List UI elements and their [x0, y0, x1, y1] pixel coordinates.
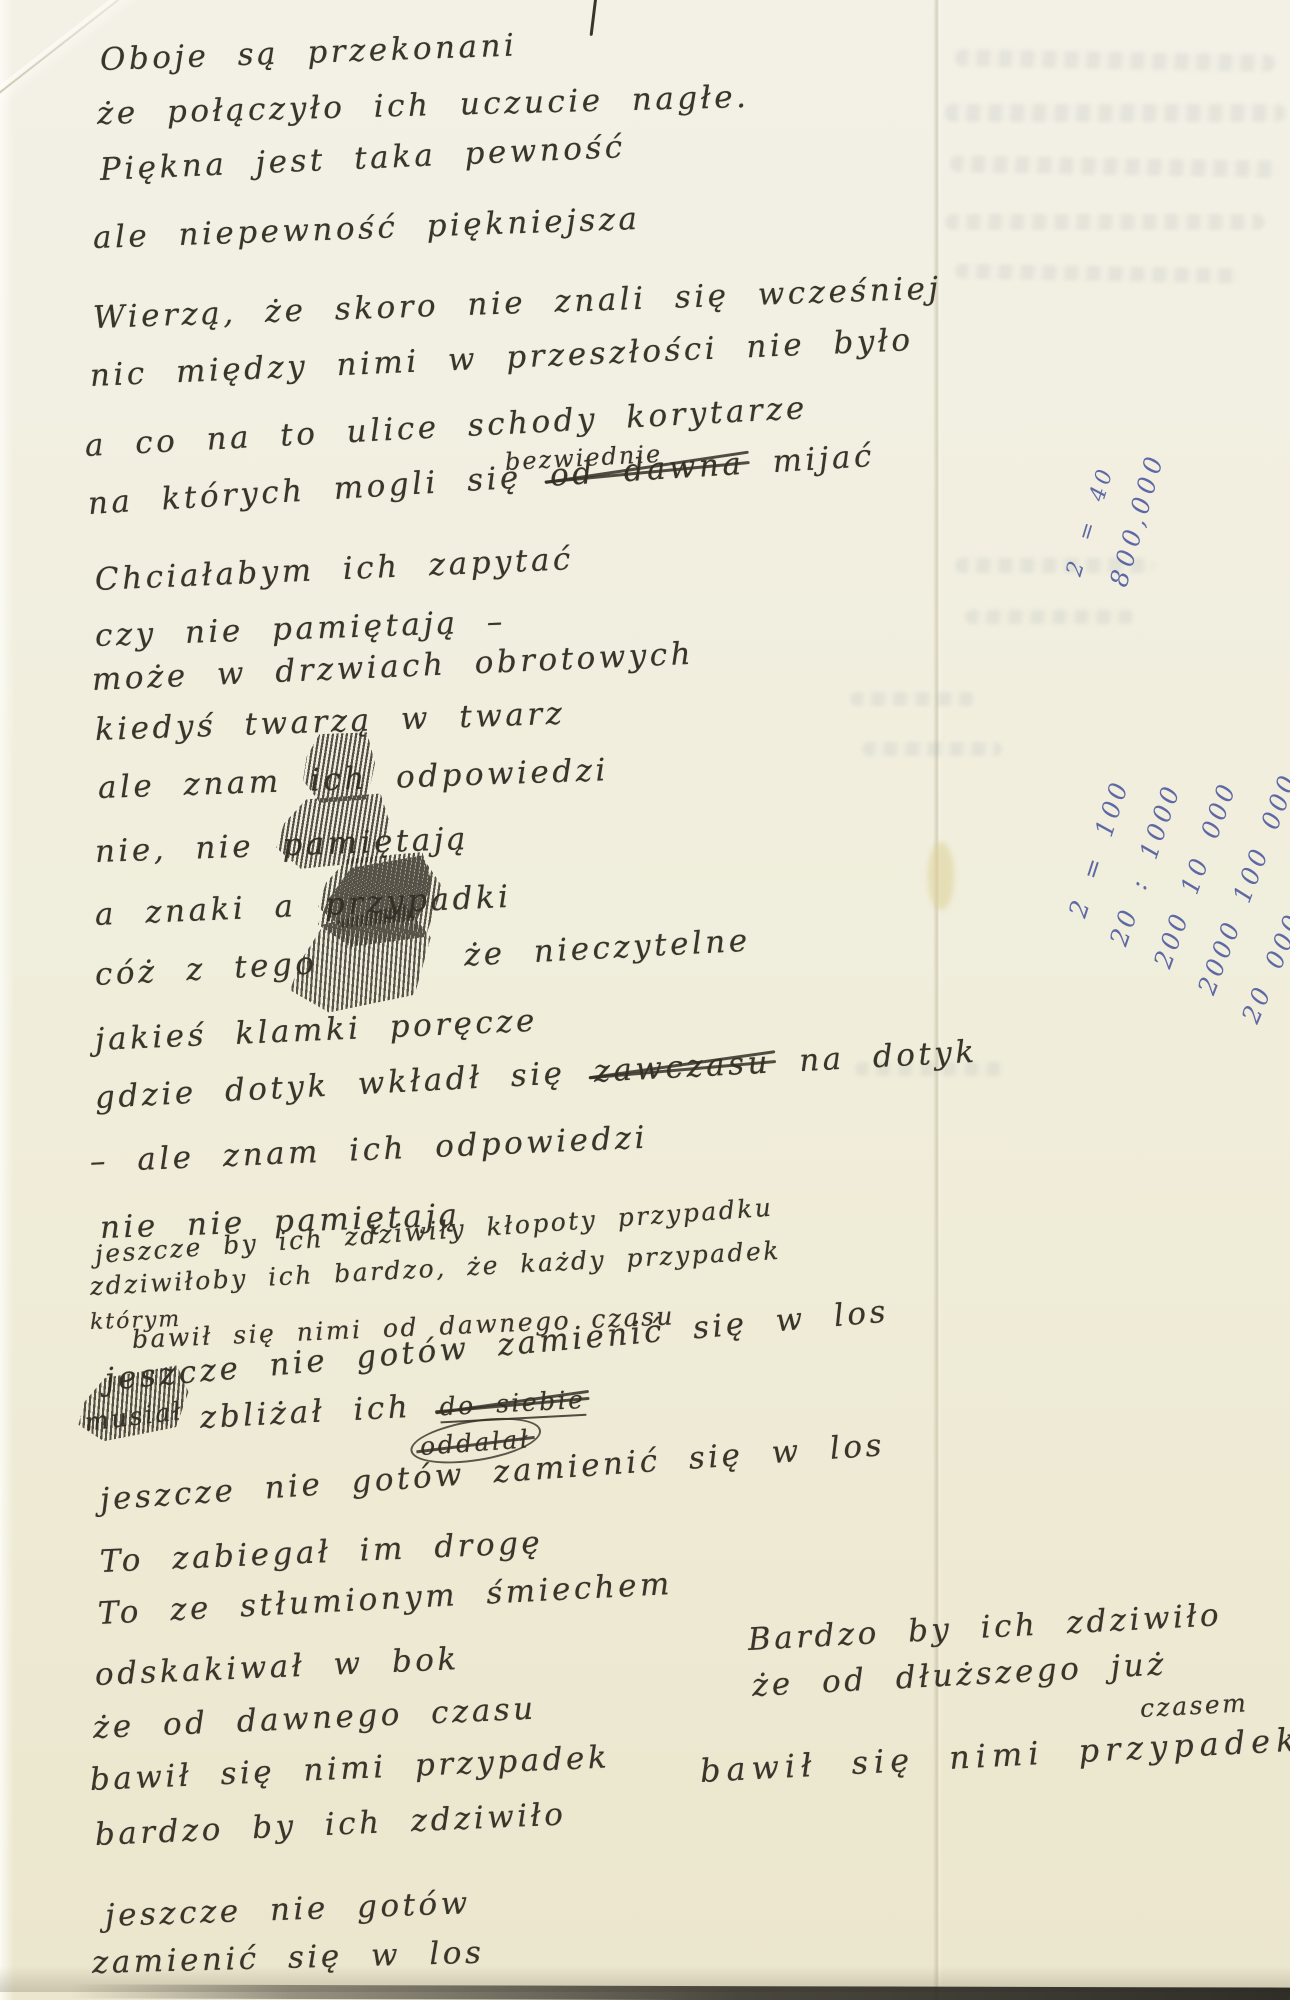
poem-text: Oboje są przekonani [99, 27, 518, 78]
poem-text: że połączyło ich uczucie nagłe. [97, 79, 750, 132]
poem-line-30: że od dawnego czasu [92, 1691, 537, 1746]
poem-text: – ale znam ich odpowiedzi [89, 1120, 649, 1180]
poem-text: mijać [771, 438, 875, 480]
poem-line-29: odskakiwał w bok [94, 1641, 460, 1693]
manuscript-page: Oboje są przekonani że połączyło ich ucz… [0, 0, 1290, 2000]
poem-line-04: ale niepewność piękniejsza [92, 201, 641, 256]
poem-text: bawił się nimi przypadek [89, 1739, 611, 1798]
poem-text: że od dłuższego już [751, 1646, 1168, 1704]
poem-line-right-2b: czasem [1139, 1688, 1249, 1723]
poem-line-06: nic między nimi w przeszłości nie było [89, 322, 914, 394]
poem-text: zbliżał ich [199, 1389, 412, 1436]
poem-text: ale znam [97, 764, 282, 806]
poem-line-19: – ale znam ich odpowiedzi [89, 1120, 649, 1180]
poem-text: To zabiegał im drogę [99, 1525, 544, 1580]
poem-text: że nieczytelne [463, 923, 751, 974]
poem-text: odskakiwał w bok [94, 1641, 460, 1693]
poem-text: jeszcze nie gotów [104, 1885, 471, 1934]
scribbled-word: ich [309, 761, 368, 799]
poem-line-right-2: że od dłuższego już [751, 1646, 1168, 1704]
poem-text: ale niepewność piękniejsza [92, 201, 641, 256]
poem-line-32: bardzo by ich zdziwiło [94, 1796, 567, 1853]
poem-text: bawił się nimi przypadek [699, 1721, 1290, 1790]
show-through-ghost-line [955, 49, 1275, 72]
left-scan-edge [0, 0, 14, 2000]
poem-text: na których mogli się [87, 460, 523, 522]
scribbled-word: musiał [83, 1396, 184, 1437]
show-through-ghost-line [945, 104, 1285, 122]
poem-text: nie, nie [94, 828, 254, 870]
poem-text: czasem [1139, 1688, 1249, 1723]
paper-stain [928, 842, 954, 910]
show-through-ghost-line [955, 264, 1240, 284]
poem-line-right-3: bawił się nimi przypadek [699, 1721, 1290, 1790]
poem-line-01: Oboje są przekonani [99, 27, 518, 78]
poem-text: Chciałabym ich zapytać [94, 541, 574, 598]
poem-text: cóż z tego [94, 945, 318, 993]
show-through-ghost-line [965, 610, 1135, 624]
poem-text: a znaki a [94, 888, 297, 933]
poem-line-03: Piękna jest taka pewność [99, 129, 626, 188]
poem-line-25-musial: musiał [83, 1396, 184, 1437]
show-through-ghost-line [945, 214, 1265, 230]
poem-text: bardzo by ich zdziwiło [94, 1796, 567, 1853]
poem-text: odpowiedzi [395, 752, 609, 795]
poem-text: jakieś klamki poręcze [94, 1003, 538, 1058]
poem-line-27: To zabiegał im drogę [99, 1525, 544, 1580]
bottom-scan-edge [70, 1984, 1290, 2000]
poem-text: Piękna jest taka pewność [99, 129, 626, 188]
poem-line-15: a znaki a przypadki [94, 879, 512, 933]
poem-line-33: jeszcze nie gotów [104, 1885, 471, 1934]
ink-mark-top [590, 0, 598, 36]
show-through-ghost-line [950, 155, 1280, 178]
show-through-ghost-line [862, 742, 1002, 756]
poem-text: nic między nimi w przeszłości nie było [89, 322, 914, 394]
show-through-ghost-line [850, 692, 975, 706]
poem-text: że od dawnego czasu [92, 1691, 537, 1746]
poem-text: gdzie dotyk wkładł się [94, 1055, 566, 1116]
poem-line-02: że połączyło ich uczucie nagłe. [97, 79, 750, 132]
poem-line-09: Chciałabym ich zapytać [94, 541, 574, 598]
poem-line-31: bawił się nimi przypadek [89, 1739, 611, 1798]
struck-word-zawczasu: zawczasu [593, 1045, 772, 1090]
poem-line-17: jakieś klamki poręcze [94, 1003, 538, 1058]
